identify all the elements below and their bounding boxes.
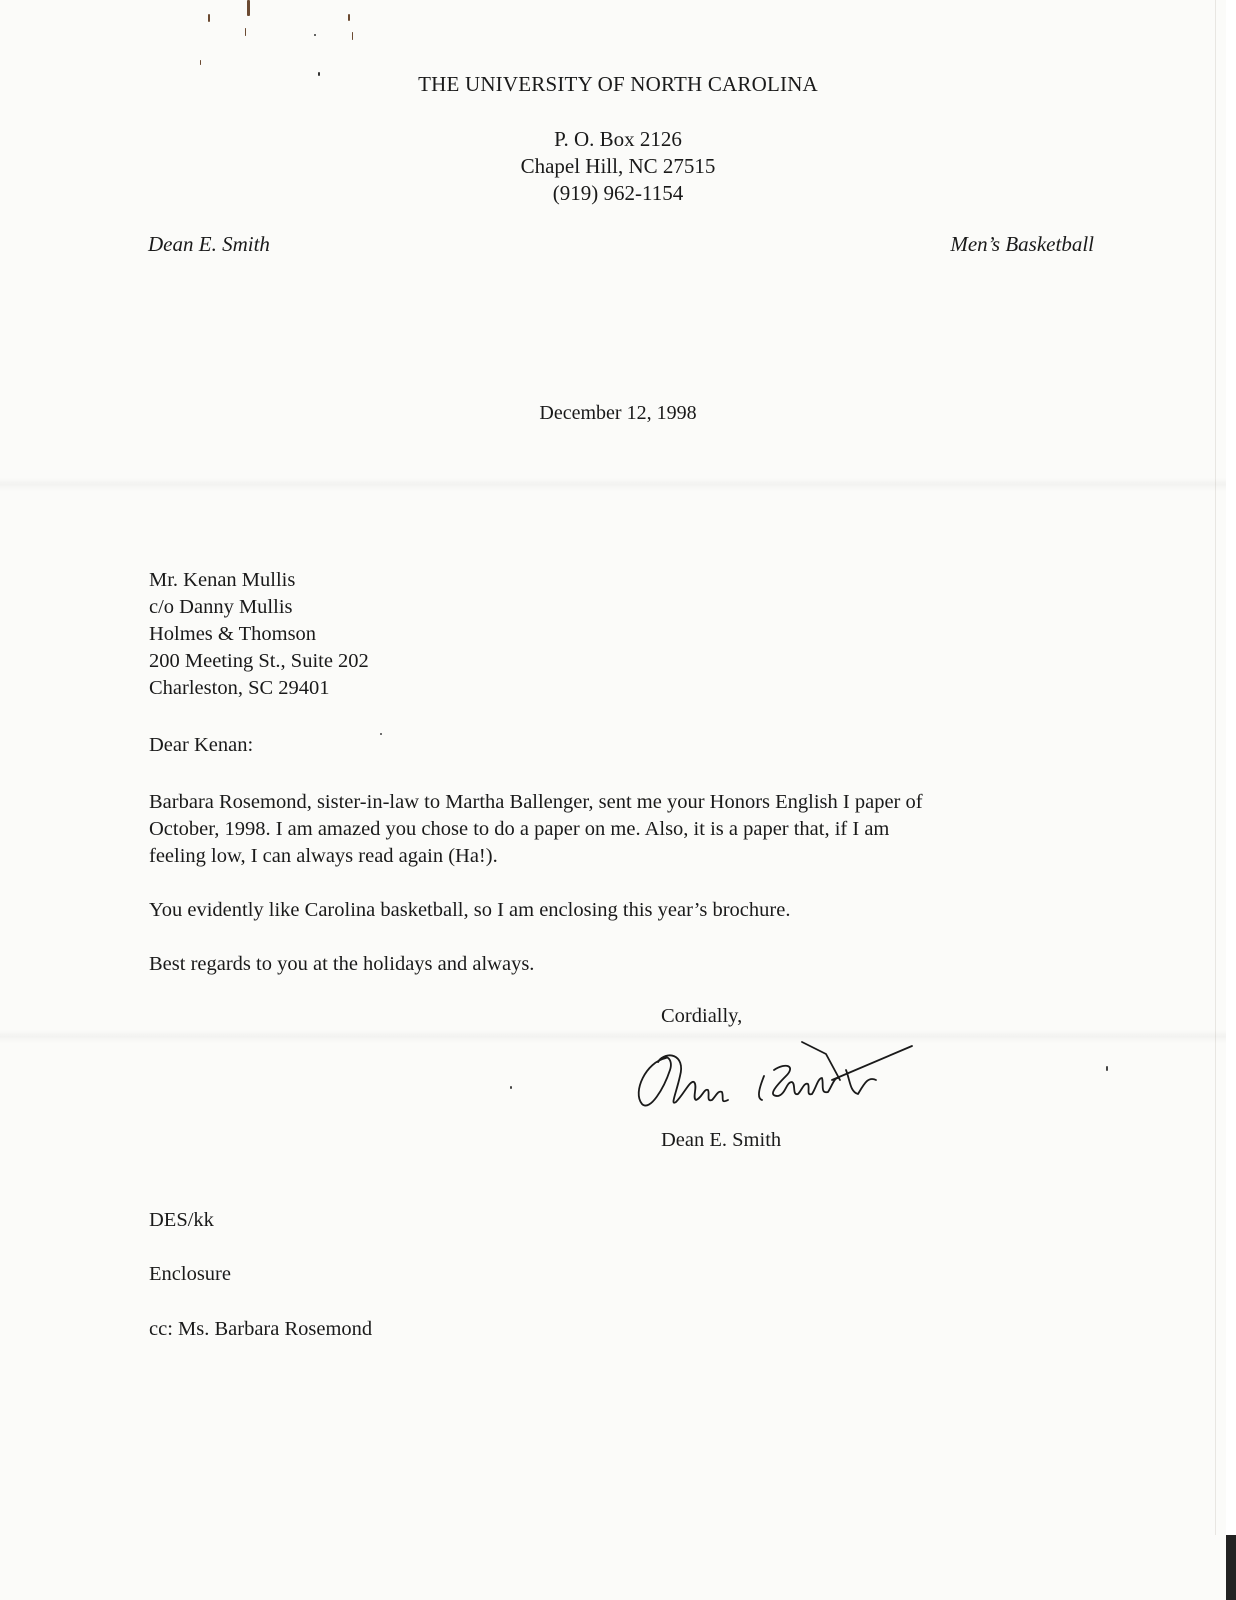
paper-speck — [1106, 1066, 1108, 1071]
paper-speck — [245, 28, 246, 36]
body-line: October, 1998. I am amazed you chose to … — [149, 816, 923, 843]
paper-speck — [208, 14, 210, 22]
cc-line: cc: Ms. Barbara Rosemond — [149, 1318, 372, 1341]
signer-name: Dean E. Smith — [661, 1129, 781, 1152]
letterhead-department: Men’s Basketball — [950, 232, 1094, 257]
letter-date: December 12, 1998 — [0, 402, 1236, 425]
body-line: feeling low, I can always read again (Ha… — [149, 843, 923, 870]
letterhead-address: P. O. Box 2126 Chapel Hill, NC 27515 (91… — [0, 126, 1236, 207]
body-paragraph: Best regards to you at the holidays and … — [149, 951, 534, 978]
recipient-line: Holmes & Thomson — [149, 621, 369, 648]
paper-speck — [352, 32, 353, 40]
fold-crease — [0, 1030, 1226, 1044]
address-line: (919) 962-1154 — [0, 180, 1236, 207]
address-line: P. O. Box 2126 — [0, 126, 1236, 153]
recipient-address: Mr. Kenan Mullis c/o Danny Mullis Holmes… — [149, 567, 369, 702]
recipient-line: c/o Danny Mullis — [149, 594, 369, 621]
recipient-line: Mr. Kenan Mullis — [149, 567, 369, 594]
body-paragraph: You evidently like Carolina basketball, … — [149, 897, 790, 924]
body-line: Barbara Rosemond, sister-in-law to Marth… — [149, 789, 923, 816]
closing: Cordially, — [661, 1005, 742, 1028]
page-edge — [1215, 0, 1216, 1535]
salutation: Dear Kenan: — [149, 734, 253, 757]
handwritten-signature-icon — [636, 1040, 936, 1120]
recipient-line: 200 Meeting St., Suite 202 — [149, 648, 369, 675]
paper-speck — [348, 14, 350, 21]
paper-speck — [314, 34, 316, 36]
paper-speck — [200, 60, 201, 65]
fold-crease — [0, 478, 1226, 492]
paper-speck — [247, 0, 250, 16]
recipient-line: Charleston, SC 29401 — [149, 675, 369, 702]
letter-page: THE UNIVERSITY OF NORTH CAROLINA P. O. B… — [0, 0, 1226, 1600]
body-line: Best regards to you at the holidays and … — [149, 951, 534, 978]
letterhead-sender-name: Dean E. Smith — [148, 232, 270, 257]
enclosure-note: Enclosure — [149, 1263, 231, 1286]
reference-initials: DES/kk — [149, 1209, 214, 1232]
paper-speck — [380, 733, 382, 735]
institution-name: THE UNIVERSITY OF NORTH CAROLINA — [0, 72, 1236, 97]
body-line: You evidently like Carolina basketball, … — [149, 897, 790, 924]
body-paragraph: Barbara Rosemond, sister-in-law to Marth… — [149, 789, 923, 870]
address-line: Chapel Hill, NC 27515 — [0, 153, 1236, 180]
scan-edge-shadow — [1226, 1535, 1236, 1600]
paper-speck — [510, 1086, 512, 1089]
